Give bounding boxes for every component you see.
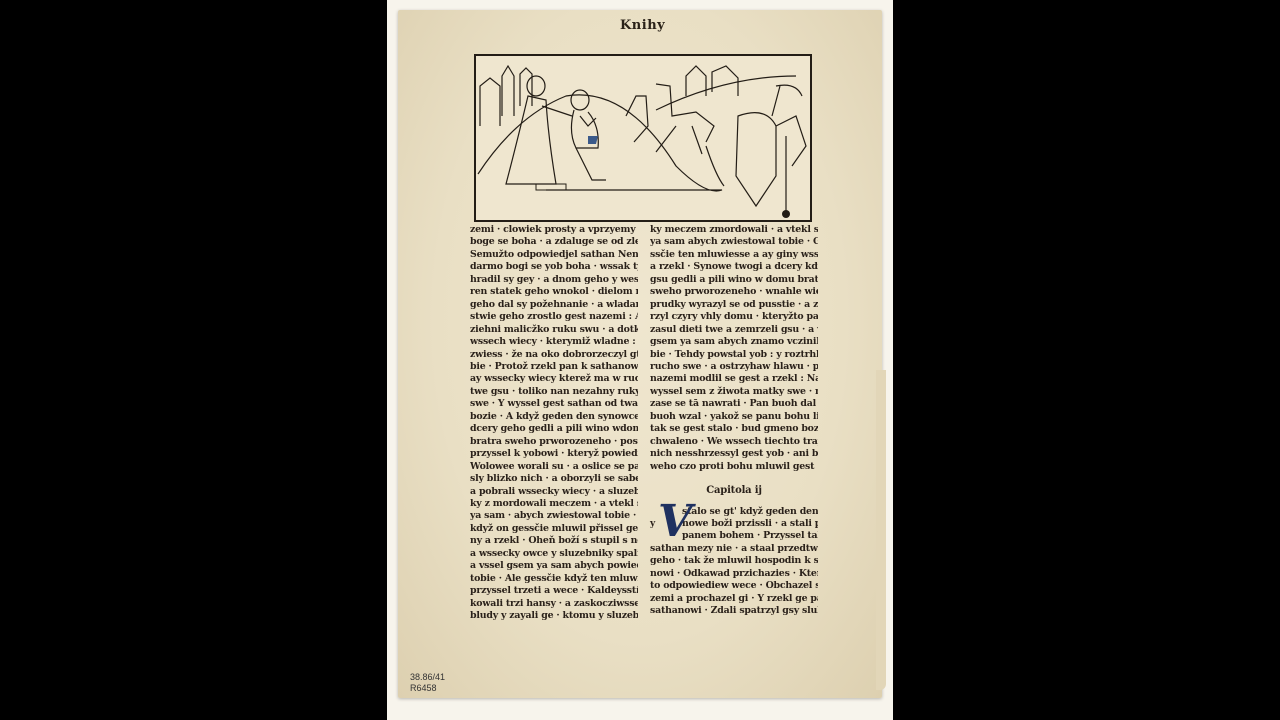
- text-line: tak se gest stalo · bud gmeno bozie po: [650, 423, 818, 435]
- text-column-left: zemi · clowiek prosty a vprzyemy · a bog…: [470, 224, 638, 623]
- accession-line: 38.86/41: [410, 672, 445, 683]
- text-line: bie · Protož rzekl pan k sathanowi ·: [470, 361, 638, 373]
- text-line: když on gessčie mluwil přissel ge gi/: [470, 523, 638, 535]
- running-head: Knihy: [620, 18, 665, 33]
- text-line: dcery geho gedli a pili wino wdomu: [470, 423, 638, 435]
- text-line: bratra sweho prworozeneho · posel: [470, 436, 638, 448]
- accession-line: R6458: [410, 683, 445, 694]
- text-line: sathanowi · Zdali spatrzyl gsy sluhu: [650, 605, 818, 617]
- text-line: wyssel sem z žiwota matky swe · nah: [650, 386, 818, 398]
- text-column-right: ky meczem zmordowali · a vtekl sem ya sa…: [650, 224, 818, 618]
- text-line: a wssecky owce y sluzebniky spalil ge: [470, 548, 638, 560]
- text-line: a vssel gsem ya sam abych powiediel: [470, 560, 638, 572]
- text-line: a pobrali wssecky wiecy · a sluzebni/: [470, 486, 638, 498]
- text-line: geho · tak že mluwil hospodin k sata/: [650, 555, 818, 567]
- text-line: ky meczem zmordowali · a vtekl sem: [650, 224, 818, 236]
- dropcap-block: y V stalo se gt' když geden den sy/ nowe…: [650, 506, 818, 543]
- woodcut-job-icon: [476, 56, 810, 220]
- text-line: buoh wzal · yakož se panu bohu libilo: [650, 411, 818, 423]
- text-line: tobie · Ale gessčie když ten mluwil ·: [470, 573, 638, 585]
- text-line: zwiess · že na oko dobrorzeczyl gt'to: [470, 349, 638, 361]
- text-line: bludy y zayali ge · ktomu y sluzebni/: [470, 610, 638, 622]
- text-line: chwaleno · We wssech tiechto trape: [650, 436, 818, 448]
- text-line: geho dal sy požehnanie · a wladarz/: [470, 299, 638, 311]
- text-line: Wolowee worali su · a oslice se pa/: [470, 461, 638, 473]
- text-line: kowali trzi hansy · a zaskocziwsse wel: [470, 598, 638, 610]
- text-line: sweho prworozeneho · wnahle wietr: [650, 286, 818, 298]
- text-line: przyssel trzeti a wece · Kaldeysstí ssy: [470, 585, 638, 597]
- text-line: przyssel k yobowi · kteryž powiediel·: [470, 448, 638, 460]
- text-line: hradil sy gey · a dnom geho y wesste: [470, 274, 638, 286]
- text-line: boge se boha · a zdaluge se od zleho ·: [470, 236, 638, 248]
- text-line: ya sam abych zwiestowal tobie · Ge: [650, 236, 818, 248]
- text-line: gsu gedli a pili wino w domu bratra: [650, 274, 818, 286]
- text-line: prudky wyrazyl se od pusstie · a zbo/: [650, 299, 818, 311]
- text-line: zemi a prochazel gi · Y rzekl ge pan k: [650, 593, 818, 605]
- text-line: zemi · clowiek prosty a vprzyemy · a: [470, 224, 638, 236]
- text-line: swe · Y wyssel gest sathan od twarzy: [470, 398, 638, 410]
- text-line: zasul dieti twe a zemrzeli gsu · a vssel: [650, 324, 818, 336]
- text-line: nazemi modlil se gest a rzekl : Nah: [650, 373, 818, 385]
- text-line: ya sam · abych zwiestowal tobie · A: [470, 510, 638, 522]
- incunabulum-leaf: Knihy: [398, 10, 882, 698]
- text-line: to odpowiediew wece · Obchazel sem: [650, 580, 818, 592]
- text-line: gsem ya sam abych znamo vczinil to/: [650, 336, 818, 348]
- text-line: ssčie ten mluwiesse a ay giny wssel gt: [650, 249, 818, 261]
- text-line: darmo bogi se yob boha · wssak ty o/: [470, 261, 638, 273]
- text-line: ay wssecky wiecy kterež ma w ruce: [470, 373, 638, 385]
- text-line: zase se tā nawrati · Pan buoh dal pan: [650, 398, 818, 410]
- text-line: bie · Tehdy powstal yob : y roztrhl: [650, 349, 818, 361]
- text-line: nich nesshrzessyl gest yob · ani blazni/: [650, 448, 818, 460]
- text-line: stwie geho zrostlo gest nazemi : Ale: [470, 311, 638, 323]
- text-line: nowi · Odkawad przichazies · Kteryž: [650, 568, 818, 580]
- text-line: ziehni malicžko ruku swu · a dotkni se: [470, 324, 638, 336]
- text-line: rucho swe · a ostrzyhaw hlawu · pad: [650, 361, 818, 373]
- accession-number: 38.86/41 R6458: [410, 672, 445, 694]
- text-line: bozie · A když geden den synowce a: [470, 411, 638, 423]
- text-line: wssech wiecy · kterymiž wladne : a/: [470, 336, 638, 348]
- text-line: ren statek geho wnokol · dielom ruku: [470, 286, 638, 298]
- text-line: sly blizko nich · a oborzyli se sabeysst…: [470, 473, 638, 485]
- text-line: Semužto odpowiedjel sathan Nena: [470, 249, 638, 261]
- text-line: weho czo proti bohu mluwil gest: [650, 461, 818, 473]
- woodcut-illustration: [474, 54, 812, 222]
- text-line: ny a rzekl · Oheň boží s stupil s nebe: [470, 535, 638, 547]
- text-line: a rzekl · Synowe twogi a dcery když: [650, 261, 818, 273]
- text-line: twe gsu · toliko nan nezahny ruky: [470, 386, 638, 398]
- text-line: rzyl czyry vhly domu · kteryžto padl: [650, 311, 818, 323]
- dropcap-guide-letter: y: [650, 518, 655, 530]
- text-line: ky z mordowali meczem · a vtekl sem: [470, 498, 638, 510]
- dropcap-letter: V: [658, 502, 692, 542]
